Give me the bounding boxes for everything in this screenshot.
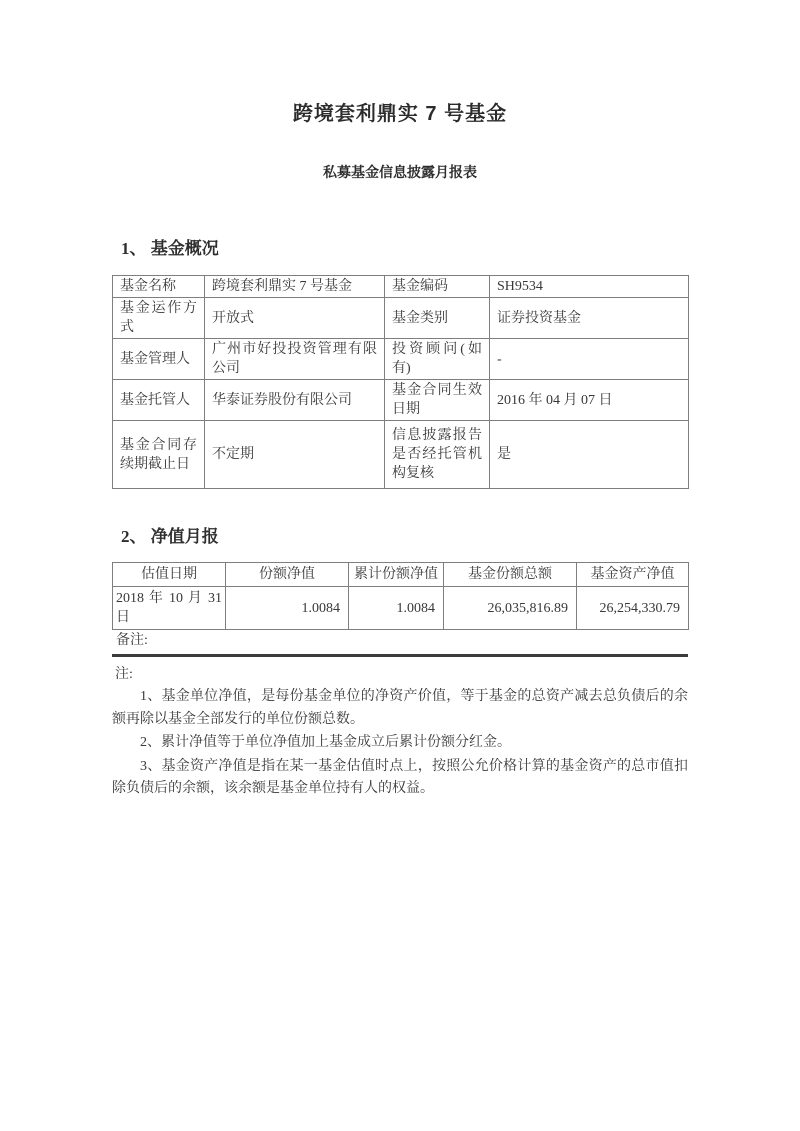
note-item: 1、基金单位净值，是每份基金单位的净资产价值，等于基金的总资产减去总负债后的余额…: [112, 686, 688, 731]
field-value: -: [490, 339, 689, 380]
remark-row: 备注:: [112, 630, 688, 657]
field-label: 基金合同存续期截止日: [113, 421, 205, 489]
value-cell: 1.0084: [226, 587, 349, 630]
value-cell: 26,254,330.79: [577, 587, 689, 630]
value-cell: 1.0084: [349, 587, 444, 630]
fund-overview-table-body: 基金名称跨境套利鼎实 7 号基金基金编码SH9534基金运作方式开放式基金类别证…: [113, 276, 689, 489]
field-label: 基金运作方式: [113, 298, 205, 339]
note-item: 3、基金资产净值是指在某一基金估值时点上，按照公允价格计算的基金资产的总市值扣除…: [112, 756, 688, 801]
field-value: 2016 年 04 月 07 日: [490, 380, 689, 421]
note-item: 2、累计净值等于单位净值加上基金成立后累计份额分红金。: [112, 732, 688, 755]
table-row: 基金管理人广州市好投投资管理有限公司投资顾问(如有)-: [113, 339, 689, 380]
field-value: 证券投资基金: [490, 298, 689, 339]
document-subtitle: 私募基金信息披露月报表: [112, 163, 688, 182]
field-label: 投资顾问(如有): [385, 339, 490, 380]
column-header: 基金份额总额: [444, 563, 577, 587]
field-value: 跨境套利鼎实 7 号基金: [205, 276, 385, 298]
table-row: 基金名称跨境套利鼎实 7 号基金基金编码SH9534: [113, 276, 689, 298]
section-heading-nav-monthly: 2、 净值月报: [112, 525, 688, 548]
document-title: 跨境套利鼎实 7 号基金: [112, 0, 688, 128]
fund-overview-table: 基金名称跨境套利鼎实 7 号基金基金编码SH9534基金运作方式开放式基金类别证…: [112, 275, 689, 489]
table-row: 基金托管人华泰证券股份有限公司基金合同生效日期2016 年 04 月 07 日: [113, 380, 689, 421]
table-row: 基金合同存续期截止日不定期信息披露报告是否经托管机构复核是: [113, 421, 689, 489]
field-value: 广州市好投投资管理有限公司: [205, 339, 385, 380]
column-header: 累计份额净值: [349, 563, 444, 587]
field-label: 信息披露报告是否经托管机构复核: [385, 421, 490, 489]
report-page: 跨境套利鼎实 7 号基金 私募基金信息披露月报表 1、 基金概况 基金名称跨境套…: [0, 0, 800, 1131]
field-value: 开放式: [205, 298, 385, 339]
field-value: 华泰证券股份有限公司: [205, 380, 385, 421]
nav-monthly-table-body: 2018 年 10 月 31 日1.00841.008426,035,816.8…: [113, 587, 689, 630]
field-label: 基金编码: [385, 276, 490, 298]
field-label: 基金类别: [385, 298, 490, 339]
column-header: 份额净值: [226, 563, 349, 587]
section-heading-fund-overview: 1、 基金概况: [112, 237, 688, 260]
table-row: 2018 年 10 月 31 日1.00841.008426,035,816.8…: [113, 587, 689, 630]
field-value: 不定期: [205, 421, 385, 489]
field-label: 基金管理人: [113, 339, 205, 380]
field-label: 基金名称: [113, 276, 205, 298]
value-cell: 26,035,816.89: [444, 587, 577, 630]
nav-monthly-table-head: 估值日期份额净值累计份额净值基金份额总额基金资产净值: [113, 563, 689, 587]
nav-header-row: 估值日期份额净值累计份额净值基金份额总额基金资产净值: [113, 563, 689, 587]
table-row: 基金运作方式开放式基金类别证券投资基金: [113, 298, 689, 339]
column-header: 估值日期: [113, 563, 226, 587]
field-value: 是: [490, 421, 689, 489]
field-label: 基金合同生效日期: [385, 380, 490, 421]
field-label: 基金托管人: [113, 380, 205, 421]
notes-label: 注:: [112, 664, 688, 685]
field-value: SH9534: [490, 276, 689, 298]
notes-list: 1、基金单位净值，是每份基金单位的净资产价值，等于基金的总资产减去总负债后的余额…: [112, 686, 688, 801]
report-content: 跨境套利鼎实 7 号基金 私募基金信息披露月报表 1、 基金概况 基金名称跨境套…: [112, 0, 688, 801]
nav-monthly-table: 估值日期份额净值累计份额净值基金份额总额基金资产净值 2018 年 10 月 3…: [112, 562, 689, 630]
valuation-date-cell: 2018 年 10 月 31 日: [113, 587, 226, 630]
column-header: 基金资产净值: [577, 563, 689, 587]
